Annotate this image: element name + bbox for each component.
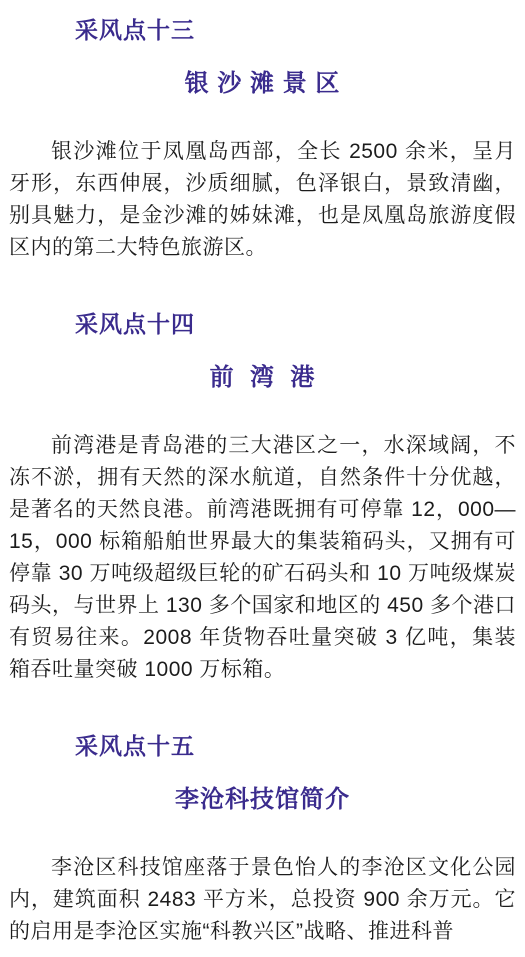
section-body: 李沧区科技馆座落于景色怡人的李沧区文化公园内，建筑面积 2483 平方米，总投资… xyxy=(9,852,516,948)
section-body: 银沙滩位于凤凰岛西部，全长 2500 余米，呈月牙形，东西伸展，沙质细腻，色泽银… xyxy=(9,136,516,264)
section-title: 银 沙 滩 景 区 xyxy=(9,71,516,97)
section-label: 采风点十四 xyxy=(75,312,516,336)
section-13: 采风点十三 银 沙 滩 景 区 银沙滩位于凤凰岛西部，全长 2500 余米，呈月… xyxy=(9,18,516,264)
section-label: 采风点十三 xyxy=(75,18,516,42)
section-body: 前湾港是青岛港的三大港区之一，水深域阔，不冻不淤，拥有天然的深水航道，自然条件十… xyxy=(9,430,516,686)
section-title: 李沧科技馆简介 xyxy=(9,787,516,813)
document-page: 采风点十三 银 沙 滩 景 区 银沙滩位于凤凰岛西部，全长 2500 余米，呈月… xyxy=(0,0,525,957)
section-title: 前 湾 港 xyxy=(9,365,516,391)
section-label: 采风点十五 xyxy=(75,734,516,758)
section-14: 采风点十四 前 湾 港 前湾港是青岛港的三大港区之一，水深域阔，不冻不淤，拥有天… xyxy=(9,312,516,686)
section-15: 采风点十五 李沧科技馆简介 李沧区科技馆座落于景色怡人的李沧区文化公园内，建筑面… xyxy=(9,734,516,948)
